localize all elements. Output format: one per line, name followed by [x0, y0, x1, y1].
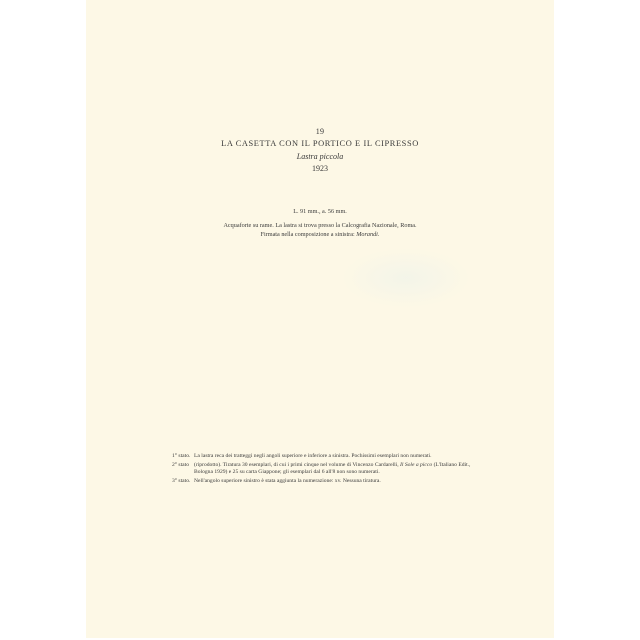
signature-prefix: Firmata nella composizione a sinistra:: [261, 231, 357, 238]
state-label: 2° stato: [172, 462, 194, 477]
state-item: 2° stato (riprodotto). Tiratura 30 esemp…: [172, 462, 472, 477]
description-line-1: Acquaforte su rame. La lastra si trova p…: [0, 221, 640, 230]
description-line-2: Firmata nella composizione a sinistra: M…: [0, 230, 640, 239]
plate-description: Acquaforte su rame. La lastra si trova p…: [0, 221, 640, 239]
state-label: 1° stato.: [172, 453, 194, 461]
state-item: 3° stato. Nell'angolo superiore sinistro…: [172, 478, 472, 486]
entry-subtitle: Lastra piccola: [0, 152, 640, 161]
state-text: Nell'angolo superiore sinistro è stata a…: [194, 478, 472, 486]
catalogue-page: [86, 0, 554, 638]
entry-title: LA CASETTA CON IL PORTICO E IL CIPRESSO: [0, 139, 640, 148]
plate-dimensions: L. 91 mm., a. 56 mm.: [0, 208, 640, 215]
state-item: 1° stato. La lastra reca dei tratteggi n…: [172, 453, 472, 461]
book-title: Il Sole a picco: [400, 462, 432, 468]
state-text-prefix: (riprodotto). Tiratura 30 esemplari, di …: [194, 462, 400, 468]
state-text: (riprodotto). Tiratura 30 esemplari, di …: [194, 462, 472, 477]
states-list: 1° stato. La lastra reca dei tratteggi n…: [172, 453, 472, 486]
state-text: La lastra reca dei tratteggi negli angol…: [194, 453, 472, 461]
faint-plate-impression: [341, 248, 471, 308]
entry-number: 19: [0, 127, 640, 136]
signature-name: Morandi.: [356, 231, 379, 238]
entry-year: 1923: [0, 164, 640, 173]
state-label: 3° stato.: [172, 478, 194, 486]
